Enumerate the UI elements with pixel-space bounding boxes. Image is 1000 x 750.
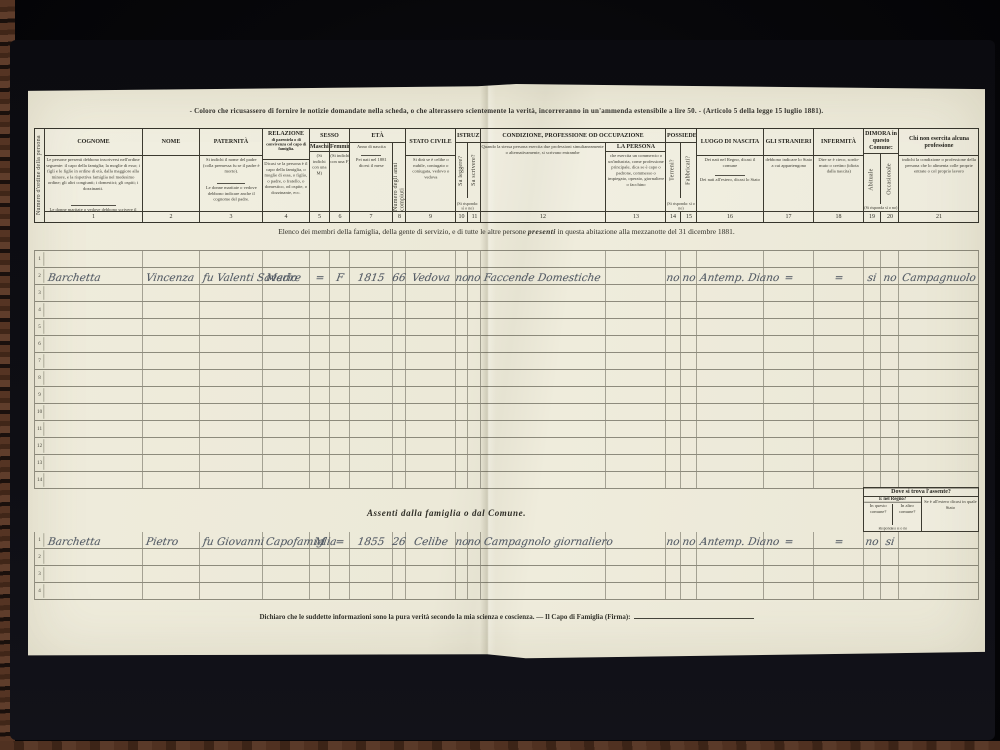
table-cell: [45, 549, 143, 565]
table-cell: [899, 370, 979, 386]
row-number: 2: [36, 269, 45, 283]
table-row: 5: [35, 319, 978, 336]
table-cell: [45, 302, 143, 318]
table-cell: [330, 404, 350, 420]
table-cell: [143, 370, 200, 386]
header-subcol-terreni: Terreni?: [666, 143, 681, 198]
table-cell: [406, 549, 456, 565]
table-cell: [606, 583, 666, 599]
table-cell: [263, 285, 310, 301]
table-cell: [143, 319, 200, 335]
header-subcol-sa_scrivere: Sa scrivere?: [468, 143, 481, 198]
table-cell: 26: [393, 532, 406, 548]
declaration-text: Dichiaro che le suddette informazioni so…: [259, 613, 630, 621]
header-col-title: LUOGO DI NASCITA: [697, 129, 763, 156]
table-cell: [681, 549, 697, 565]
table-cell: Barchetta: [45, 268, 143, 284]
table-cell: [200, 302, 263, 318]
header-col-title: ISTRUZIONE: [456, 129, 480, 143]
table-cell: [200, 472, 263, 488]
table-cell: [764, 549, 814, 565]
table-row: 14: [35, 472, 978, 489]
table-cell: [393, 583, 406, 599]
table-cell: 1815: [350, 268, 393, 284]
table-cell: [330, 549, 350, 565]
header-col-cognome: COGNOMELe persone presenti debbono inscr…: [45, 129, 143, 222]
table-cell: [666, 285, 681, 301]
header-subcol-femmina: Femmina(Si indichi con una F): [330, 143, 350, 211]
table-cell: [881, 421, 899, 437]
table-row: 8: [35, 370, 978, 387]
table-cell: [697, 566, 764, 582]
handwritten-entry: Antemp. Diano: [699, 536, 780, 548]
table-cell: [764, 251, 814, 267]
header-col-number: 13: [606, 212, 666, 222]
header-col-number: 5: [310, 212, 330, 222]
table-cell: [200, 370, 263, 386]
present-section-title-prefix: Elenco dei membri della famiglia, della …: [278, 227, 528, 236]
table-cell: Vedova: [406, 268, 456, 284]
table-cell: [899, 404, 979, 420]
table-cell: no: [468, 532, 481, 548]
table-cell: no: [881, 268, 899, 284]
table-cell: [406, 251, 456, 267]
table-cell: [393, 549, 406, 565]
table-row: 4: [35, 302, 978, 319]
table-cell: [864, 472, 881, 488]
table-cell: =: [310, 268, 330, 284]
table-cell: [881, 319, 899, 335]
absent-locator-regno-group: È nel Regno? In questo comune? In altro …: [864, 497, 922, 531]
table-cell: [481, 566, 606, 582]
table-cell: [468, 455, 481, 471]
table-cell: [606, 532, 666, 548]
absent-locator-header: Dove si trova l'assente? È nel Regno? In…: [863, 487, 979, 532]
table-cell: [45, 387, 143, 403]
table-cell: [468, 370, 481, 386]
table-cell: [881, 285, 899, 301]
table-cell: [606, 302, 666, 318]
table-cell: [899, 336, 979, 352]
table-cell: [350, 285, 393, 301]
table-cell: [764, 302, 814, 318]
row-number: 5: [36, 320, 45, 334]
table-cell: [864, 302, 881, 318]
table-cell: [697, 285, 764, 301]
table-cell: [481, 353, 606, 369]
row-number: 4: [36, 584, 45, 598]
header-col-title: CONDIZIONE, PROFESSIONE OD OCCUPAZIONE: [481, 129, 665, 143]
table-cell: [310, 302, 330, 318]
table-cell: [881, 302, 899, 318]
table-row: 12: [35, 438, 978, 455]
table-cell: [481, 421, 606, 437]
table-cell: no: [864, 532, 881, 548]
table-cell: [606, 353, 666, 369]
table-cell: [393, 251, 406, 267]
handwritten-entry: Barchetta: [47, 272, 101, 284]
header-col-title: RELAZIONEdi parentela o di convivenza co…: [263, 129, 309, 160]
table-cell: [310, 472, 330, 488]
table-cell: [697, 370, 764, 386]
present-section-title-suffix: in questa abitazione alla mezzanotte del…: [556, 227, 735, 236]
table-cell: [330, 387, 350, 403]
table-cell: [330, 285, 350, 301]
table-cell: [200, 387, 263, 403]
row-number: 4: [36, 303, 45, 317]
table-cell: [456, 472, 468, 488]
table-cell: [350, 353, 393, 369]
table-cell: [310, 455, 330, 471]
table-cell: [456, 302, 468, 318]
table-cell: 66: [393, 268, 406, 284]
header-col-luogo_nascita: LUOGO DI NASCITADei nati nel Regno, dica…: [697, 129, 764, 222]
table-cell: [814, 472, 864, 488]
table-cell: [263, 455, 310, 471]
row-number: 10: [36, 405, 45, 419]
table-cell: [697, 319, 764, 335]
table-cell: [456, 387, 468, 403]
table-cell: [764, 566, 814, 582]
handwritten-entry: Campagnuolo: [901, 272, 976, 284]
table-cell: [263, 387, 310, 403]
table-cell: [456, 336, 468, 352]
table-cell: [814, 438, 864, 454]
table-cell: [606, 319, 666, 335]
table-cell: [814, 455, 864, 471]
table-cell: [814, 387, 864, 403]
table-cell: [200, 549, 263, 565]
table-cell: [606, 268, 666, 284]
wooden-table-edge-bottom: [0, 741, 1000, 750]
table-cell: [330, 336, 350, 352]
table-cell: [481, 583, 606, 599]
row-number: 1: [36, 252, 45, 266]
table-cell: [666, 549, 681, 565]
table-cell: [666, 583, 681, 599]
table-cell: [200, 438, 263, 454]
table-cell: [468, 472, 481, 488]
table-cell: [881, 336, 899, 352]
table-cell: [481, 387, 606, 403]
table-cell: [666, 421, 681, 437]
table-cell: [350, 387, 393, 403]
absent-locator-note: Rispondasi sì o no: [864, 527, 921, 531]
table-cell: [406, 455, 456, 471]
table-cell: [310, 404, 330, 420]
header-col-number: 9: [406, 211, 455, 222]
handwritten-entry: si: [884, 536, 895, 548]
table-cell: [393, 370, 406, 386]
table-cell: [606, 285, 666, 301]
table-cell: [681, 404, 697, 420]
absent-locator-col-estero: Se è all'estero dicasi in quale Stato: [922, 497, 978, 531]
table-cell: [263, 421, 310, 437]
table-cell: [45, 583, 143, 599]
table-cell: [456, 370, 468, 386]
table-cell: [350, 472, 393, 488]
table-cell: [764, 387, 814, 403]
handwritten-entry: Pietro: [145, 536, 179, 548]
table-cell: [666, 370, 681, 386]
header-col-nome: NOME2: [143, 129, 200, 222]
table-cell: [681, 336, 697, 352]
table-cell: [481, 319, 606, 335]
table-cell: [606, 566, 666, 582]
table-cell: [200, 319, 263, 335]
table-cell: [468, 302, 481, 318]
table-cell: [456, 583, 468, 599]
table-cell: [681, 438, 697, 454]
row-number: 2: [36, 550, 45, 564]
table-cell: [330, 302, 350, 318]
handwritten-entry: Capofamiglia: [265, 536, 337, 548]
row-number: 1: [36, 533, 45, 547]
table-cell: [864, 387, 881, 403]
handwritten-entry: Antemp. Diano: [699, 272, 780, 284]
handwritten-entry: no: [681, 536, 696, 548]
table-cell: [456, 421, 468, 437]
table-cell: [456, 251, 468, 267]
table-cell: [45, 438, 143, 454]
header-col-sesso: SESSOMaschio(Si indichi con una M)Femmin…: [310, 129, 350, 222]
table-cell: [350, 336, 393, 352]
table-cell: [330, 370, 350, 386]
table-cell: [393, 285, 406, 301]
table-cell: [143, 285, 200, 301]
table-row: 7: [35, 353, 978, 370]
table-cell: [697, 421, 764, 437]
handwritten-entry: 66: [391, 272, 406, 284]
table-cell: [143, 549, 200, 565]
table-cell: [310, 549, 330, 565]
handwritten-entry: Vedova: [411, 272, 451, 284]
table-cell: [606, 336, 666, 352]
table-cell: [393, 336, 406, 352]
penalty-warning-line: - Coloro che ricusassero di fornire le n…: [38, 107, 975, 115]
table-cell: [330, 438, 350, 454]
table-cell: [468, 404, 481, 420]
table-cell: =: [814, 532, 864, 548]
table-cell: [881, 583, 899, 599]
header-subcol-anni_compiuti: Numero degli anni compiuti: [393, 143, 406, 211]
header-col-number: 14: [666, 212, 681, 222]
table-cell: [406, 285, 456, 301]
photo-of-census-form: { "page": { "warning": "- Coloro che ric…: [0, 0, 1000, 750]
handwritten-entry: no: [882, 272, 897, 284]
header-col-number: 11: [468, 212, 481, 222]
table-cell: Madre: [263, 268, 310, 284]
table-cell: [263, 566, 310, 582]
handwritten-entry: =: [783, 536, 794, 548]
table-cell: [899, 353, 979, 369]
handwritten-entry: no: [865, 536, 880, 548]
table-cell: [456, 455, 468, 471]
table-cell: [764, 370, 814, 386]
header-col-infermita: INFERMITÀDire se è cieco, sordo-muto o c…: [814, 129, 864, 222]
table-cell: [697, 404, 764, 420]
header-col-number: 19: [864, 212, 881, 222]
handwritten-entry: =: [833, 272, 844, 284]
table-cell: [697, 387, 764, 403]
table-cell: [350, 251, 393, 267]
table-cell: [468, 549, 481, 565]
table-cell: [468, 319, 481, 335]
table-cell: [45, 285, 143, 301]
table-cell: [666, 566, 681, 582]
table-cell: [200, 336, 263, 352]
header-col-title: SESSO: [310, 129, 349, 143]
table-row: 10: [35, 404, 978, 421]
table-cell: [200, 353, 263, 369]
handwritten-entry: =: [334, 536, 345, 548]
table-cell: [606, 438, 666, 454]
handwritten-entry: 1855: [357, 536, 386, 548]
header-col-number: 10: [456, 212, 468, 222]
table-cell: [393, 421, 406, 437]
table-cell: [481, 336, 606, 352]
table-cell: [881, 472, 899, 488]
table-cell: [864, 421, 881, 437]
table-cell: [45, 353, 143, 369]
table-cell: [814, 421, 864, 437]
table-row: 3: [35, 566, 978, 583]
table-cell: [263, 336, 310, 352]
header-col-number: 18: [814, 211, 863, 222]
table-cell: [456, 319, 468, 335]
table-cell: [143, 455, 200, 471]
header-col-number: 1: [45, 211, 142, 222]
row-number: 14: [36, 473, 45, 487]
table-cell: [200, 566, 263, 582]
table-cell: no: [666, 532, 681, 548]
table-cell: [200, 583, 263, 599]
table-cell: [468, 566, 481, 582]
table-cell: [681, 353, 697, 369]
table-cell: [666, 472, 681, 488]
table-cell: [697, 336, 764, 352]
table-cell: [864, 455, 881, 471]
table-cell: [468, 251, 481, 267]
header-subcol-anno_nascita: Anno di nascitaPei nati nel 1881 dicesi …: [350, 143, 393, 211]
table-cell: [697, 549, 764, 565]
table-cell: [350, 549, 393, 565]
table-row: 2BarchettaVincenzafu Valenti SaverioMadr…: [35, 268, 978, 285]
header-col-eta: ETÀAnno di nascitaPei nati nel 1881 dice…: [350, 129, 406, 222]
table-cell: [310, 319, 330, 335]
absent-section-title: Assenti dalla famiglia o dal Comune.: [28, 508, 865, 518]
table-cell: [263, 319, 310, 335]
table-cell: [310, 583, 330, 599]
row-number: 9: [36, 388, 45, 402]
table-cell: [393, 438, 406, 454]
row-number: 8: [36, 371, 45, 385]
table-cell: [330, 319, 350, 335]
table-cell: Antemp. Diano: [697, 532, 764, 548]
header-col-title: INFERMITÀ: [814, 129, 863, 156]
table-cell: [393, 387, 406, 403]
table-cell: [899, 549, 979, 565]
table-cell: [310, 353, 330, 369]
header-col-title: ETÀ: [350, 129, 405, 143]
handwritten-entry: fu Giovanni: [202, 536, 265, 548]
table-cell: [681, 583, 697, 599]
table-cell: [350, 455, 393, 471]
table-cell: [764, 455, 814, 471]
table-cell: [45, 370, 143, 386]
table-cell: Vincenza: [143, 268, 200, 284]
table-cell: [200, 285, 263, 301]
header-subcol-maschio: Maschio(Si indichi con una M): [310, 143, 330, 211]
table-row: 1: [35, 251, 978, 268]
table-cell: [681, 302, 697, 318]
header-col-number: 7: [350, 212, 393, 222]
table-cell: [330, 353, 350, 369]
table-cell: [350, 583, 393, 599]
table-cell: [468, 387, 481, 403]
table-cell: [814, 404, 864, 420]
table-row: 9: [35, 387, 978, 404]
table-cell: [310, 387, 330, 403]
handwritten-entry: si: [867, 272, 878, 284]
table-cell: [899, 319, 979, 335]
table-cell: [481, 285, 606, 301]
header-col-condizione: CONDIZIONE, PROFESSIONE OD OCCUPAZIONEQu…: [481, 129, 666, 222]
table-cell: [681, 455, 697, 471]
table-cell: [310, 285, 330, 301]
table-cell: Celibe: [406, 532, 456, 548]
table-cell: [143, 421, 200, 437]
table-cell: [764, 438, 814, 454]
table-cell: [681, 421, 697, 437]
table-cell: [697, 472, 764, 488]
table-cell: [406, 336, 456, 352]
table-cell: [481, 549, 606, 565]
table-cell: [263, 438, 310, 454]
header-col-title: NOME: [143, 129, 199, 156]
table-cell: si: [864, 268, 881, 284]
table-cell: Campagnolo giornaliero: [481, 532, 606, 548]
row-number: 12: [36, 439, 45, 453]
table-cell: [764, 421, 814, 437]
table-cell: [764, 336, 814, 352]
table-cell: [864, 336, 881, 352]
header-col-number: 21: [899, 211, 979, 222]
table-cell: [143, 472, 200, 488]
table-cell: [330, 455, 350, 471]
table-row: 2: [35, 549, 978, 566]
table-cell: Campagnuolo: [899, 268, 979, 284]
table-cell: [393, 472, 406, 488]
table-cell: no: [468, 268, 481, 284]
table-cell: [468, 421, 481, 437]
header-table: Numero d'ordine della personaCOGNOMELe p…: [34, 128, 979, 223]
table-cell: Antemp. Diano: [697, 268, 764, 284]
table-cell: [899, 302, 979, 318]
table-cell: [481, 455, 606, 471]
absent-locator-col-questo: In questo comune?: [864, 504, 893, 525]
table-cell: [864, 285, 881, 301]
table-cell: [814, 251, 864, 267]
table-cell: [606, 472, 666, 488]
table-cell: [606, 455, 666, 471]
header-col-title: STATO CIVILE: [406, 129, 455, 156]
table-cell: [881, 387, 899, 403]
signature-line: [634, 613, 754, 619]
table-cell: [263, 472, 310, 488]
table-cell: [406, 472, 456, 488]
table-cell: [899, 583, 979, 599]
